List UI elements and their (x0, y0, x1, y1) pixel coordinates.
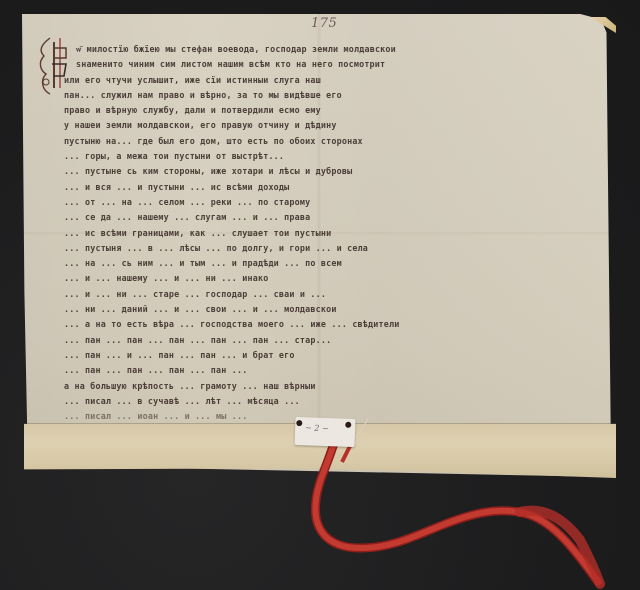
text-line: а на большую крѣпость ... грамоту ... на… (64, 379, 596, 394)
text-line: ... се да ... нашему ... слугам ... и ..… (64, 210, 596, 225)
seal-tag: ~ 2 ~ (295, 417, 356, 447)
text-line: право и вѣрную службу, дали и потвердили… (64, 103, 596, 118)
text-line: ... писал ... в сучавѣ ... лѣт ... мѣсяц… (64, 394, 596, 409)
text-line: ѕнаменито чиним сим листом нашим всѣм кт… (64, 57, 596, 72)
text-line: пустыню на... где был его дом, што есть … (64, 134, 596, 149)
folio-number: 175 (311, 16, 337, 31)
cord-hole (345, 422, 351, 428)
text-line: или его чтучи услышит, иже сїи истинныи … (64, 73, 596, 88)
text-line: ... и ... ни ... старе ... господар ... … (64, 287, 596, 302)
text-line: ... ни ... даний ... и ... свои ... и ..… (64, 302, 596, 317)
text-line: ... а на то есть вѣра ... господства мое… (64, 317, 596, 332)
text-line: пан... служил нам право и вѣрно, за то м… (64, 88, 596, 103)
text-line: ... и ... нашему ... и ... ни ... инако (64, 271, 596, 286)
text-line: ... пан ... пан ... пан ... пан ... пан … (64, 333, 596, 348)
text-line: ѡ҃ милостїю бжїею мы стефан воевода, гос… (64, 42, 596, 57)
text-line: ... ис всѣми границами, как ... слушает … (64, 226, 596, 241)
text-line: ... пустыне сь ким стороны, иже хотари и… (64, 164, 596, 179)
text-line: ... горы, а межа тои пустыни от выстрѣт.… (64, 149, 596, 164)
text-line: ... пустыня ... в ... лѣсы ... по долгу,… (64, 241, 596, 256)
text-line: ... от ... на ... селом ... реки ... по … (64, 195, 596, 210)
text-line: ... пан ... и ... пан ... пан ... и брат… (64, 348, 596, 363)
cord-hole (296, 420, 302, 426)
charter-text: ѡ҃ милостїю бжїею мы стефан воевода, гос… (64, 42, 596, 424)
seal-tag-label: ~ 2 ~ (305, 423, 329, 433)
text-line: у нашеи земли молдавскои, его правую отч… (64, 118, 596, 133)
text-line: ... пан ... пан ... пан ... пан ... (64, 363, 596, 378)
text-line: ... и вся ... и пустыни ... ис всѣми дох… (64, 180, 596, 195)
text-line: ... на ... сь ним ... и тым ... и прадѣд… (64, 256, 596, 271)
